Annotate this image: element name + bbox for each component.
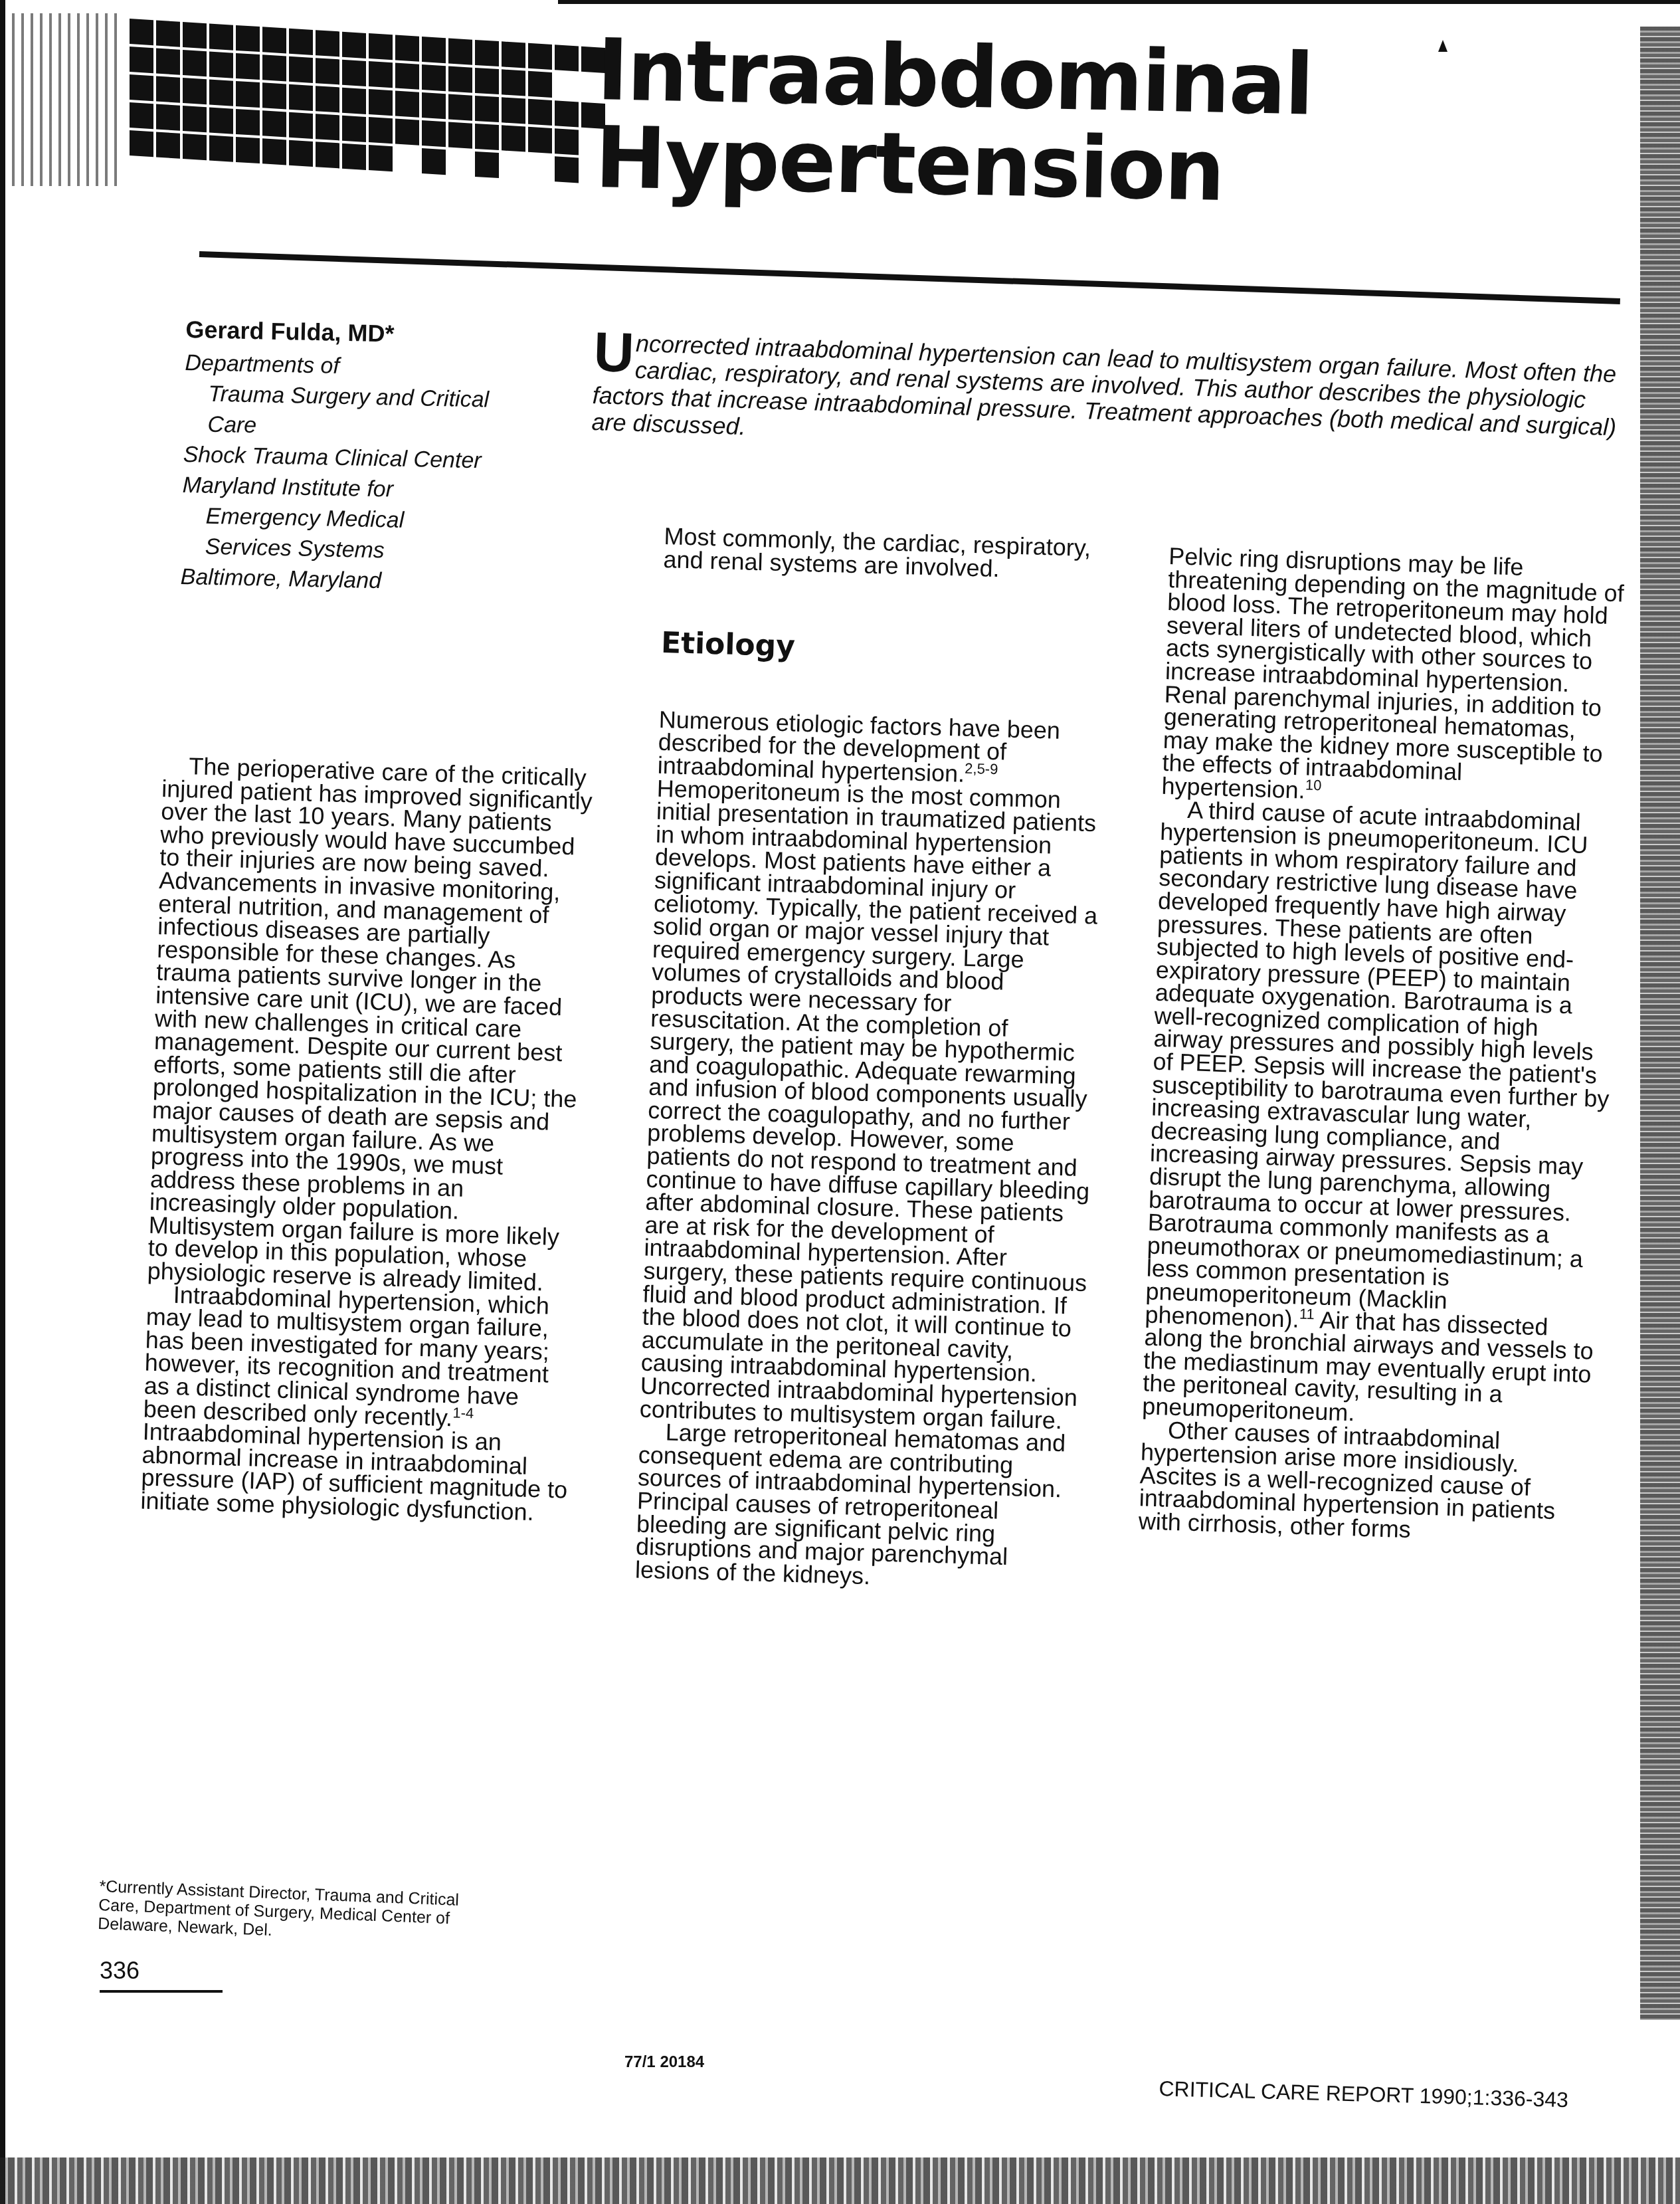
logo-square [502, 125, 525, 151]
scan-binding-shadow [1640, 27, 1680, 2020]
logo-square [130, 19, 153, 45]
logo-square [342, 116, 366, 142]
section-heading-etiology: Etiology [661, 632, 1107, 667]
paragraph: Pelvic ring disruptions may be life thre… [1161, 545, 1628, 812]
paragraph: Large retroperitoneal hematomas and cons… [635, 1421, 1085, 1594]
author-name: Gerard Fulda, MD* [185, 316, 558, 351]
scan-left-edge [0, 0, 5, 2204]
logo-square [502, 153, 525, 179]
logo-square [369, 117, 393, 144]
logo-square [475, 68, 499, 94]
logo-square [130, 102, 153, 129]
logo-square [555, 72, 579, 99]
logo-square [475, 40, 499, 66]
logo-square [395, 91, 419, 118]
title-line-2: Hypertension [594, 108, 1224, 221]
logo-square [395, 63, 419, 90]
logo-square [236, 25, 260, 52]
abstract: Uncorrected intraabdominal hypertension … [591, 329, 1650, 468]
logo-square [369, 145, 393, 171]
page-number-rule [100, 1990, 223, 1993]
logo-square [183, 50, 207, 76]
logo-square [289, 84, 313, 111]
logo-square [395, 147, 419, 173]
body-column-3: Pelvic ring disruptions may be life thre… [1138, 545, 1627, 1547]
logo-square [262, 54, 286, 81]
scan-left-marks [12, 13, 118, 186]
logo-square [156, 49, 180, 75]
logo-square [156, 76, 180, 103]
journal-logo-squares-icon [130, 19, 605, 185]
paragraph: The perioperative care of the critically… [147, 754, 594, 1296]
paragraph: Other causes of intraabdominal hypertens… [1138, 1418, 1600, 1548]
journal-page: Intraabdominal Hypertension Gerard Fulda… [0, 0, 1680, 2204]
logo-square [555, 100, 579, 127]
logo-square [422, 37, 446, 63]
paragraph: A third cause of acute intraabdominal hy… [1142, 797, 1620, 1432]
logo-square [209, 135, 233, 161]
logo-square [448, 38, 472, 64]
logo-square [316, 86, 339, 112]
logo-square [262, 138, 286, 165]
logo-square [475, 124, 499, 150]
logo-square [156, 132, 180, 159]
author-block: Gerard Fulda, MD* Departments ofTrauma S… [180, 316, 558, 600]
author-affiliation: Departments ofTrauma Surgery and Critica… [180, 348, 557, 600]
logo-square [209, 79, 233, 106]
author-footnote: *Currently Assistant Director, Trauma an… [98, 1877, 498, 1948]
logo-square [130, 130, 153, 157]
logo-square [475, 151, 499, 178]
logo-square [502, 41, 525, 68]
logo-square [183, 134, 207, 160]
logo-square [555, 128, 579, 155]
logo-square [289, 29, 313, 55]
logo-square [130, 74, 153, 101]
logo-square [289, 56, 313, 83]
logo-square [528, 127, 552, 153]
scan-bottom-edge [0, 2157, 1680, 2204]
logo-square [502, 97, 525, 124]
logo-square [342, 60, 366, 86]
logo-square [528, 43, 552, 70]
logo-square [448, 122, 472, 148]
logo-square [209, 107, 233, 134]
scan-mark-icon [1438, 40, 1447, 52]
logo-square [156, 104, 180, 131]
logo-square [422, 120, 446, 147]
paragraph: Most commonly, the cardiac, respiratory,… [663, 525, 1109, 583]
logo-square [448, 94, 472, 120]
logo-square [316, 30, 339, 56]
abstract-dropcap: U [593, 332, 635, 373]
logo-square [528, 155, 552, 181]
logo-square [236, 137, 260, 163]
logo-square [262, 110, 286, 137]
logo-square [422, 64, 446, 91]
logo-square [555, 156, 579, 183]
title-divider [199, 251, 1620, 304]
citation: 2,5-9 [965, 760, 998, 777]
logo-square [262, 82, 286, 109]
journal-citation: CRITICAL CARE REPORT 1990;1:336-343 [1159, 2076, 1568, 2112]
logo-square [342, 88, 366, 114]
logo-square [130, 47, 153, 73]
citation: 11 [1299, 1305, 1315, 1322]
paragraph: Numerous etiologic factors have been des… [639, 708, 1104, 1433]
logo-square [395, 35, 419, 62]
page-number: 336 [100, 1957, 140, 1985]
logo-square [289, 112, 313, 139]
logo-square [316, 142, 339, 168]
logo-square [555, 45, 579, 71]
logo-square [156, 21, 180, 47]
logo-square [369, 61, 393, 88]
logo-square [209, 51, 233, 78]
logo-square [369, 33, 393, 60]
logo-square [395, 119, 419, 146]
logo-square [236, 81, 260, 108]
logo-square [183, 78, 207, 104]
logo-square [342, 32, 366, 58]
logo-square [183, 106, 207, 132]
article-title: Intraabdominal Hypertension [594, 27, 1313, 217]
top-rule [558, 0, 1680, 4]
logo-square [316, 114, 339, 140]
abstract-text: ncorrected intraabdominal hypertension c… [591, 330, 1617, 441]
document-code: 77/1 20184 [624, 2053, 704, 2072]
logo-square [236, 109, 260, 136]
logo-square [422, 92, 446, 119]
logo-square [528, 71, 552, 98]
logo-square [422, 148, 446, 175]
logo-square [448, 150, 472, 176]
logo-square [528, 99, 552, 126]
paragraph: Intraabdominal hypertension, which may l… [140, 1282, 579, 1525]
logo-square [342, 144, 366, 170]
logo-square [236, 53, 260, 80]
logo-square [502, 69, 525, 96]
citation: 10 [1305, 777, 1322, 794]
logo-square [262, 27, 286, 53]
logo-square [475, 96, 499, 122]
logo-square [316, 58, 339, 84]
logo-square [448, 66, 472, 92]
logo-square [289, 140, 313, 167]
logo-square [183, 22, 207, 49]
citation: 1-4 [452, 1404, 474, 1421]
body-column-1: The perioperative care of the critically… [140, 754, 595, 1525]
body-column-2: Most commonly, the cardiac, respiratory,… [635, 525, 1109, 1593]
logo-square [209, 23, 233, 50]
logo-square [369, 89, 393, 116]
